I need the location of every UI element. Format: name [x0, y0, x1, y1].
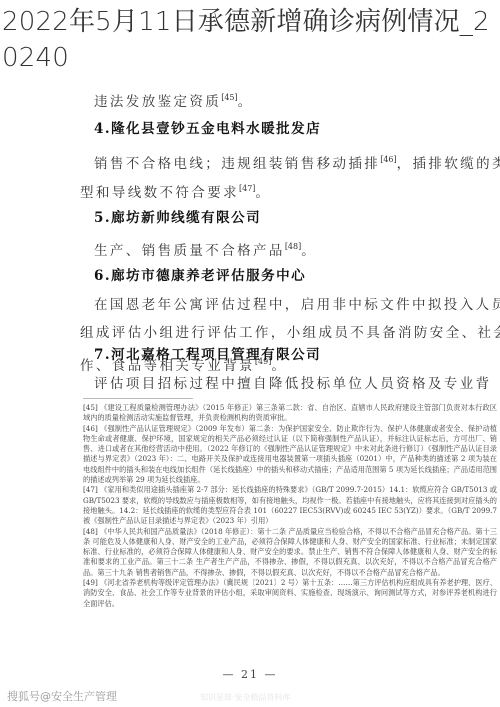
paragraph-line: 组成评估小组进行评估工作，小组成员不具备消防安全、社会工: [80, 323, 500, 343]
paragraph-line: 销售不合格电线；违规组装销售移动插排[46]，插排软缆的类: [94, 150, 500, 174]
footnote: [49] 《河北省养老机构等级评定管理办法》（冀民规〔2021〕2 号）第十五条…: [83, 578, 497, 609]
paragraph-line: 在国恩老年公寓评估过程中，启用非中标文件中拟投入人员: [94, 295, 500, 315]
footnote: [48] 《中华人民共和国产品质量法》（2018 年修正）：第十二条 产品质量应…: [83, 527, 497, 578]
footnote-text: 《建设工程质量检测管理办法》（2015 年修正）第三条第二款：省、自治区、直辖市…: [83, 403, 497, 422]
footnote-divider: [83, 398, 193, 399]
watermark-source: 搜狐号@安全生产管理: [7, 688, 117, 704]
footnote-ref[interactable]: [47]: [239, 184, 255, 193]
paragraph-tail: 。: [238, 94, 254, 110]
paragraph-text: 生产、销售质量不合格产品: [94, 243, 285, 259]
footnote-marker: [45]: [83, 403, 98, 412]
footnote-text: 《中华人民共和国产品质量法》（2018 年修正）：第十二条 产品质量应当检验合格…: [83, 527, 497, 577]
footnote-marker: [48]: [83, 527, 98, 536]
footnote-text: 《家用和类似用途插头插座第 2-7 部分：延长线插座的特殊要求》（GB/T 20…: [83, 485, 497, 525]
paragraph-text: 违法发放鉴定资质: [94, 94, 221, 110]
paragraph-tail: ，插排软缆的类: [397, 156, 500, 172]
footnote-marker: [49]: [83, 578, 98, 587]
section-heading: 7.河北嘉格工程项目管理有限公司: [94, 345, 321, 365]
paragraph-text: 在国恩老年公寓评估过程中，启用非中标文件中拟投入人员: [94, 297, 500, 313]
footnote: [47] 《家用和类似用途插头插座第 2-7 部分：延长线插座的特殊要求》（GB…: [83, 485, 497, 526]
paragraph-text: 型和导线数不符合要求: [80, 185, 239, 201]
document-page: 违法发放鉴定资质[45]。 4.隆化县壹钞五金电料水暖批发店 销售不合格电线；违…: [0, 80, 500, 707]
footnotes: [45] 《建设工程质量检测管理办法》（2015 年修正）第三条第二款：省、自治…: [83, 403, 497, 609]
paragraph-text: 组成评估小组进行评估工作，小组成员不具备消防安全、社会工: [80, 325, 500, 341]
section-heading: 5.廊坊新帅线缆有限公司: [94, 208, 261, 228]
footnote: [45] 《建设工程质量检测管理办法》（2015 年修正）第三条第二款：省、自治…: [83, 403, 497, 424]
footnote: [46] 《强制性产品认证管理规定》（2009 年发布）第二条：为保护国家安全、…: [83, 424, 497, 486]
footnote-text: 《河北省养老机构等级评定管理办法》（冀民规〔2021〕2 号）第十五条：……第三…: [83, 578, 497, 608]
paragraph-text: 评估项目招标过程中擅自降低投标单位人员资格及专业背: [94, 376, 492, 392]
paragraph-line: 生产、销售质量不合格产品[48]。: [94, 237, 500, 261]
footnote-marker: [47]: [83, 485, 98, 494]
paragraph-text: 销售不合格电线；违规组装销售移动插排: [94, 156, 380, 172]
footnote-ref[interactable]: [48]: [285, 242, 301, 251]
footnote-ref[interactable]: [45]: [221, 93, 237, 102]
page-number: — 21 —: [0, 668, 500, 681]
section-heading: 6.廊坊市德康养老评估服务中心: [94, 266, 306, 286]
page-title: 2022年5月11日承德新增确诊病例情况_20240: [2, 4, 500, 76]
paragraph-tail: 。: [301, 243, 317, 259]
footnote-text: 《强制性产品认证管理规定》（2009 年发布）第二条：为保护国家安全、防止欺诈行…: [83, 424, 497, 484]
paragraph-tail: 。: [255, 185, 271, 201]
footnote-ref[interactable]: [46]: [380, 155, 396, 164]
footnote-marker: [46]: [83, 424, 98, 433]
paragraph-line: 评估项目招标过程中擅自降低投标单位人员资格及专业背: [94, 374, 500, 394]
paragraph-line: 型和导线数不符合要求[47]。: [80, 179, 500, 203]
watermark-faint: 知识星球·安全精品资料库: [200, 692, 291, 703]
paragraph-line: 违法发放鉴定资质[45]。: [94, 88, 500, 112]
section-heading: 4.隆化县壹钞五金电料水暖批发店: [94, 119, 321, 139]
